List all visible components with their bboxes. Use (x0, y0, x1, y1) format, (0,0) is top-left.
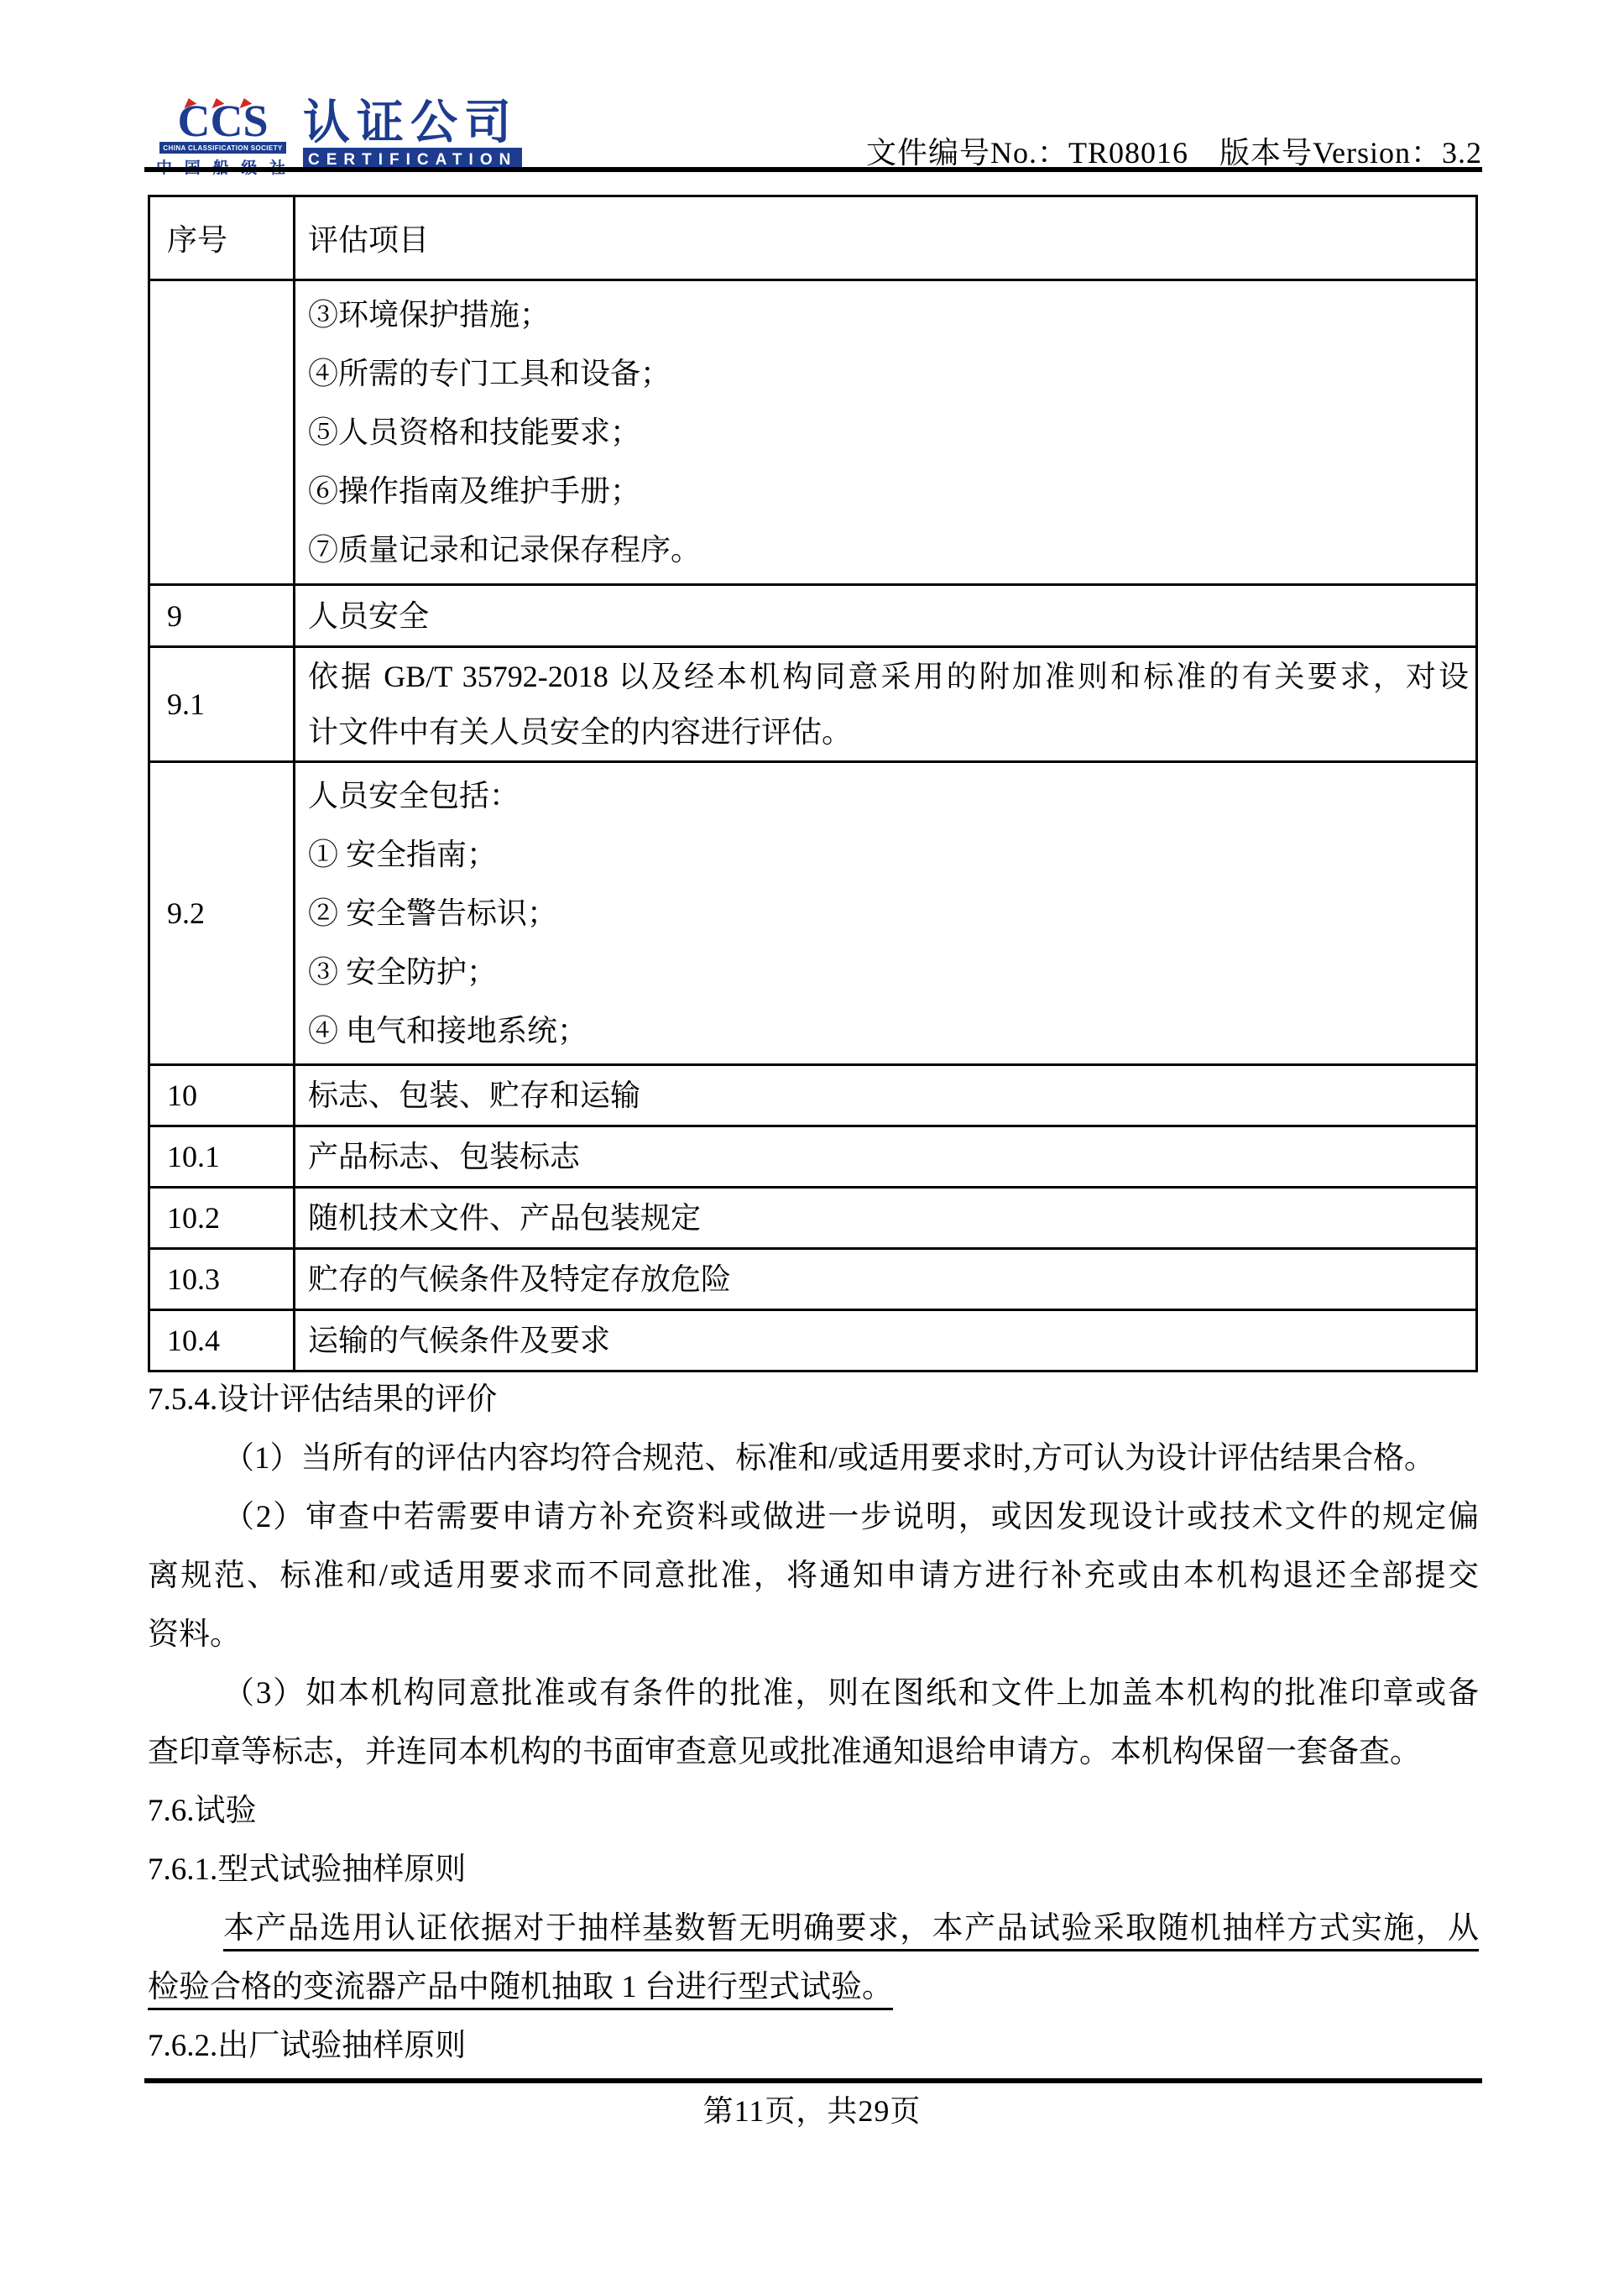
row-content: 贮存的气候条件及特定存放危险 (295, 1249, 1477, 1310)
cell-line: ④ 电气和接地系统； (308, 1001, 1469, 1060)
row-content: 随机技术文件、产品包装规定 (295, 1188, 1477, 1249)
cell-line: ② 安全警告标识； (308, 884, 1469, 943)
assessment-table: 序号 评估项目 ③环境保护措施；④所需的专门工具和设备；⑤人员资格和技能要求；⑥… (148, 195, 1478, 1372)
text-line: （2）审查中若需要申请方补充资料或做进一步说明，或因发现设计或技术文件的规定偏 (148, 1488, 1479, 1547)
row-content: 人员安全包括：① 安全指南；② 安全警告标识；③ 安全防护；④ 电气和接地系统； (295, 762, 1477, 1065)
ccs-wordmark: CCS (177, 102, 268, 139)
row-number: 9 (149, 585, 295, 647)
row-number: 10.4 (149, 1310, 295, 1372)
table-row: 9.1依据 GB/T 35792-2018 以及经本机构同意采用的附加准则和标准… (149, 647, 1477, 762)
row-number: 9.1 (149, 647, 295, 762)
document-page: CCS CHINA CLASSIFICATION SOCIETY 中 国 船 级… (0, 0, 1624, 2278)
table-row: ③环境保护措施；④所需的专门工具和设备；⑤人员资格和技能要求；⑥操作指南及维护手… (149, 280, 1477, 585)
paragraph: 7.5.4.设计评估结果的评价 (148, 1371, 1479, 1429)
table-header-row: 序号 评估项目 (149, 196, 1477, 280)
text-line: （3）如本机构同意批准或有条件的批准，则在图纸和文件上加盖本机构的批准印章或备 (148, 1664, 1479, 1723)
text-line: 7.6.试验 (148, 1782, 1479, 1841)
cell-line: 贮存的气候条件及特定存放危险 (308, 1250, 1469, 1309)
paragraph: （3）如本机构同意批准或有条件的批准，则在图纸和文件上加盖本机构的批准印章或备查… (148, 1664, 1479, 1782)
row-content: 标志、包装、贮存和运输 (295, 1065, 1477, 1126)
cell-line: 随机技术文件、产品包装规定 (308, 1189, 1469, 1247)
row-content: ③环境保护措施；④所需的专门工具和设备；⑤人员资格和技能要求；⑥操作指南及维护手… (295, 280, 1477, 585)
paragraph: （1）当所有的评估内容均符合规范、标准和/或适用要求时,方可认为设计评估结果合格… (148, 1429, 1479, 1488)
table-row: 10.4运输的气候条件及要求 (149, 1310, 1477, 1372)
text-line: 本产品选用认证依据对于抽样基数暂无明确要求，本产品试验采取随机抽样方式实施，从 (148, 1899, 1479, 1958)
text-line: 检验合格的变流器产品中随机抽取 1 台进行型式试验。 (148, 1958, 1479, 2017)
table-row: 10.2随机技术文件、产品包装规定 (149, 1188, 1477, 1249)
row-number: 9.2 (149, 762, 295, 1065)
row-number: 10.2 (149, 1188, 295, 1249)
cell-line: ⑦质量记录和记录保存程序。 (308, 520, 1469, 579)
cell-line: ③环境保护措施； (308, 285, 1469, 344)
cell-line: ③ 安全防护； (308, 943, 1469, 1001)
table-row: 10标志、包装、贮存和运输 (149, 1065, 1477, 1126)
paragraph: 7.6.1.型式试验抽样原则 (148, 1841, 1479, 1899)
table-row: 10.1产品标志、包装标志 (149, 1126, 1477, 1188)
row-content: 运输的气候条件及要求 (295, 1310, 1477, 1372)
table-row: 10.3贮存的气候条件及特定存放危险 (149, 1249, 1477, 1310)
cell-line: ⑥操作指南及维护手册； (308, 462, 1469, 520)
footer-rule (144, 2078, 1482, 2083)
header-rule (144, 167, 1482, 172)
logo-ccs-text: CCS (177, 102, 268, 139)
cell-line: ④所需的专门工具和设备； (308, 344, 1469, 403)
paragraph: 本产品选用认证依据对于抽样基数暂无明确要求，本产品试验采取随机抽样方式实施，从检… (148, 1899, 1479, 2017)
cell-line: 运输的气候条件及要求 (308, 1311, 1469, 1370)
text-line: 查印章等标志，并连同本机构的书面审查意见或批准通知退给申请方。本机构保留一套备查… (148, 1723, 1479, 1782)
row-number (149, 280, 295, 585)
cell-line: 产品标志、包装标志 (308, 1127, 1469, 1186)
row-number: 10.3 (149, 1249, 295, 1310)
table-row: 9人员安全 (149, 585, 1477, 647)
table-row: 9.2人员安全包括：① 安全指南；② 安全警告标识；③ 安全防护；④ 电气和接地… (149, 762, 1477, 1065)
cell-line: ① 安全指南； (308, 825, 1469, 884)
table-header-num: 序号 (149, 196, 295, 280)
cell-line: 人员安全 (308, 587, 1469, 645)
text-line: 离规范、标准和/或适用要求而不同意批准，将通知申请方进行补充或由本机构退还全部提… (148, 1547, 1479, 1606)
body-text: 7.5.4.设计评估结果的评价（1）当所有的评估内容均符合规范、标准和/或适用要… (148, 1371, 1479, 2076)
paragraph: 7.6.2.出厂试验抽样原则 (148, 2017, 1479, 2076)
text-line: 7.6.1.型式试验抽样原则 (148, 1841, 1479, 1899)
table-header-item: 评估项目 (295, 196, 1477, 280)
cell-line: 人员安全包括： (308, 766, 1469, 825)
paragraph: （2）审查中若需要申请方补充资料或做进一步说明，或因发现设计或技术文件的规定偏离… (148, 1488, 1479, 1664)
row-number: 10.1 (149, 1126, 295, 1188)
text-line: 7.5.4.设计评估结果的评价 (148, 1371, 1479, 1429)
row-number: 10 (149, 1065, 295, 1126)
doc-number-text: 文件编号No.：TR08016 版本号Version：3.2 (866, 129, 1482, 172)
row-content: 人员安全 (295, 585, 1477, 647)
row-content: 依据 GB/T 35792-2018 以及经本机构同意采用的附加准则和标准的有关… (295, 647, 1477, 762)
cell-line: 计文件中有关人员安全的内容进行评估。 (308, 704, 1469, 760)
cell-line: 标志、包装、贮存和运输 (308, 1066, 1469, 1125)
row-content: 产品标志、包装标志 (295, 1126, 1477, 1188)
cell-line: ⑤人员资格和技能要求； (308, 403, 1469, 462)
page-number: 第11页，共29页 (0, 2087, 1624, 2130)
logo-company-cn: 认证公司 (303, 102, 522, 143)
text-line: （1）当所有的评估内容均符合规范、标准和/或适用要求时,方可认为设计评估结果合格… (148, 1429, 1479, 1488)
cell-line: 依据 GB/T 35792-2018 以及经本机构同意采用的附加准则和标准的有关… (308, 649, 1469, 704)
ccs-logo-right: 认证公司 CERTIFICATION (303, 102, 522, 172)
text-line: 资料。 (148, 1606, 1479, 1664)
paragraph: 7.6.试验 (148, 1782, 1479, 1841)
text-line: 7.6.2.出厂试验抽样原则 (148, 2017, 1479, 2076)
